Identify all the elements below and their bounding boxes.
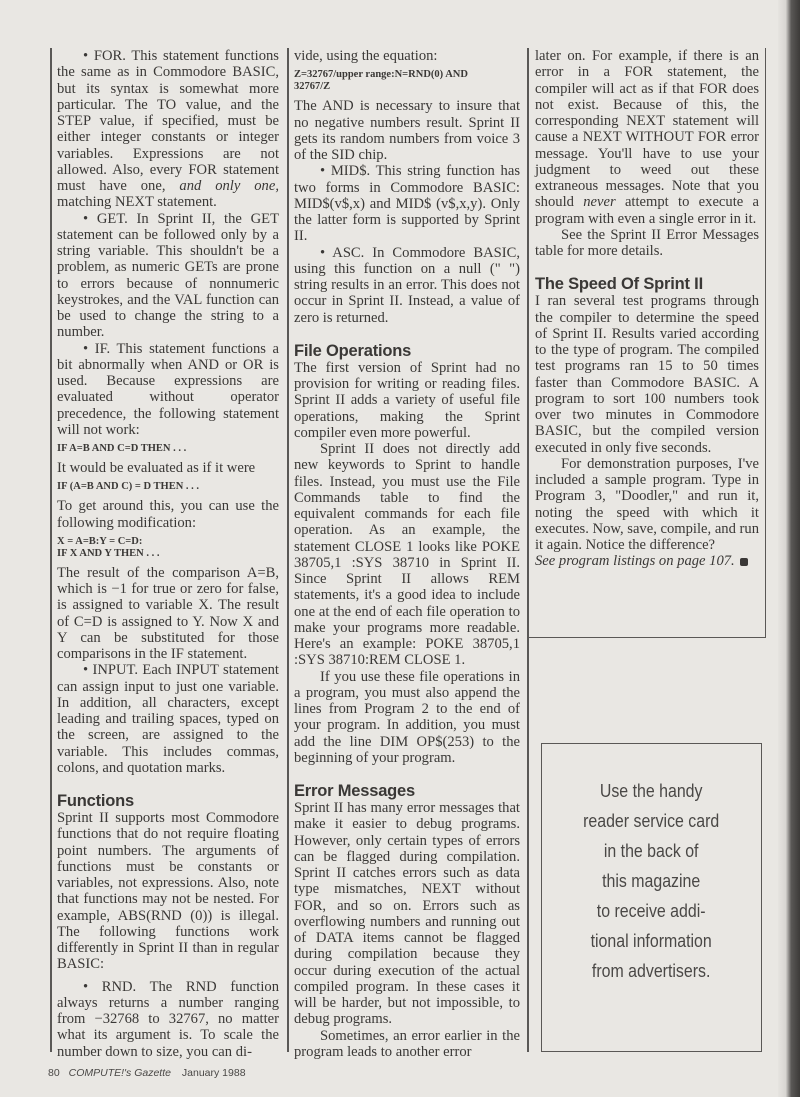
ad-line: this magazine (583, 866, 719, 896)
paragraph-file-1: The first version of Sprint had no provi… (294, 360, 520, 441)
code-snippet-if-1: IF A=B AND C=D THEN . . . (57, 443, 279, 455)
ad-line: Use the handy (583, 776, 719, 806)
reader-service-ad: Use the handy reader service card in the… (541, 743, 762, 1052)
ad-line: in the back of (583, 836, 719, 866)
paragraph-rnd-cont: vide, using the equation: (294, 48, 520, 64)
code-snippet-rnd: Z=32767/upper range:N=RND(0) AND 32767/Z (294, 69, 520, 93)
ad-line: from advertisers. (583, 956, 719, 986)
paragraph-for: • FOR. This statement functions the same… (57, 48, 279, 211)
ad-line: reader service card (583, 806, 719, 836)
paragraph-speed-2: For demonstration purposes, I've include… (535, 456, 759, 554)
column-rule-middle (287, 48, 289, 1052)
column-1: • FOR. This statement functions the same… (57, 48, 279, 1060)
issue-date: January 1988 (182, 1067, 246, 1079)
column-rule-left (50, 48, 52, 1052)
paragraph-error-cont: later on. For example, if there is an er… (535, 48, 759, 227)
page-footer: 80 COMPUTE!'s Gazette January 1988 (48, 1067, 246, 1079)
heading-functions: Functions (57, 792, 279, 810)
paragraph-error-2: Sometimes, an error earlier in the progr… (294, 1028, 520, 1061)
page-edge-shadow (778, 0, 800, 1097)
paragraph-file-3: If you use these file operations in a pr… (294, 669, 520, 767)
code-line: Z=32767/upper range:N=RND(0) AND (294, 69, 520, 81)
paragraph-error-see: See the Sprint II Error Messages table f… (535, 227, 759, 260)
code-snippet-if-2: IF (A=B AND C) = D THEN . . . (57, 481, 279, 493)
paragraph-input: • INPUT. Each INPUT statement can assign… (57, 662, 279, 776)
code-line: X = A=B:Y = C=D: (57, 536, 279, 548)
paragraph-get: • GET. In Sprint II, the GET statement c… (57, 211, 279, 341)
end-of-article-icon (740, 558, 748, 566)
program-listings-note: See program listings on page 107. (535, 553, 759, 569)
paragraph-if: • IF. This statement functions a bit abn… (57, 341, 279, 439)
paragraph-if-eval: It would be evaluated as if it were (57, 460, 279, 476)
ad-line: tional information (583, 926, 719, 956)
magazine-name: COMPUTE!'s Gazette (69, 1067, 171, 1079)
heading-speed: The Speed Of Sprint II (535, 275, 759, 293)
code-snippet-if-3: X = A=B:Y = C=D: IF X AND Y THEN . . . (57, 536, 279, 560)
ad-text: Use the handy reader service card in the… (583, 776, 719, 986)
paragraph-error-1: Sprint II has many error messages that m… (294, 800, 520, 1028)
ad-line: to receive addi- (583, 896, 719, 926)
column-3: later on. For example, if there is an er… (535, 48, 759, 570)
page-number: 80 (48, 1067, 60, 1079)
paragraph-speed-1: I ran several test programs through the … (535, 293, 759, 456)
code-line: IF X AND Y THEN . . . (57, 548, 279, 560)
paragraph-rnd: • RND. The RND function always returns a… (57, 979, 279, 1060)
column-2: vide, using the equation: Z=32767/upper … (294, 48, 520, 1060)
code-line: 32767/Z (294, 81, 520, 93)
heading-file-operations: File Operations (294, 342, 520, 360)
paragraph-asc: • ASC. In Commodore BASIC, using this fu… (294, 245, 520, 326)
heading-error-messages: Error Messages (294, 782, 520, 800)
paragraph-mid: • MID$. This string function has two for… (294, 163, 520, 244)
paragraph-if-workaround: To get around this, you can use the foll… (57, 498, 279, 531)
paragraph-rnd-note: The AND is necessary to insure that no n… (294, 98, 520, 163)
paragraph-if-result: The result of the comparison A=B, which … (57, 565, 279, 663)
paragraph-file-2: Sprint II does not directly add new keyw… (294, 441, 520, 669)
paragraph-functions: Sprint II supports most Commodore functi… (57, 810, 279, 973)
